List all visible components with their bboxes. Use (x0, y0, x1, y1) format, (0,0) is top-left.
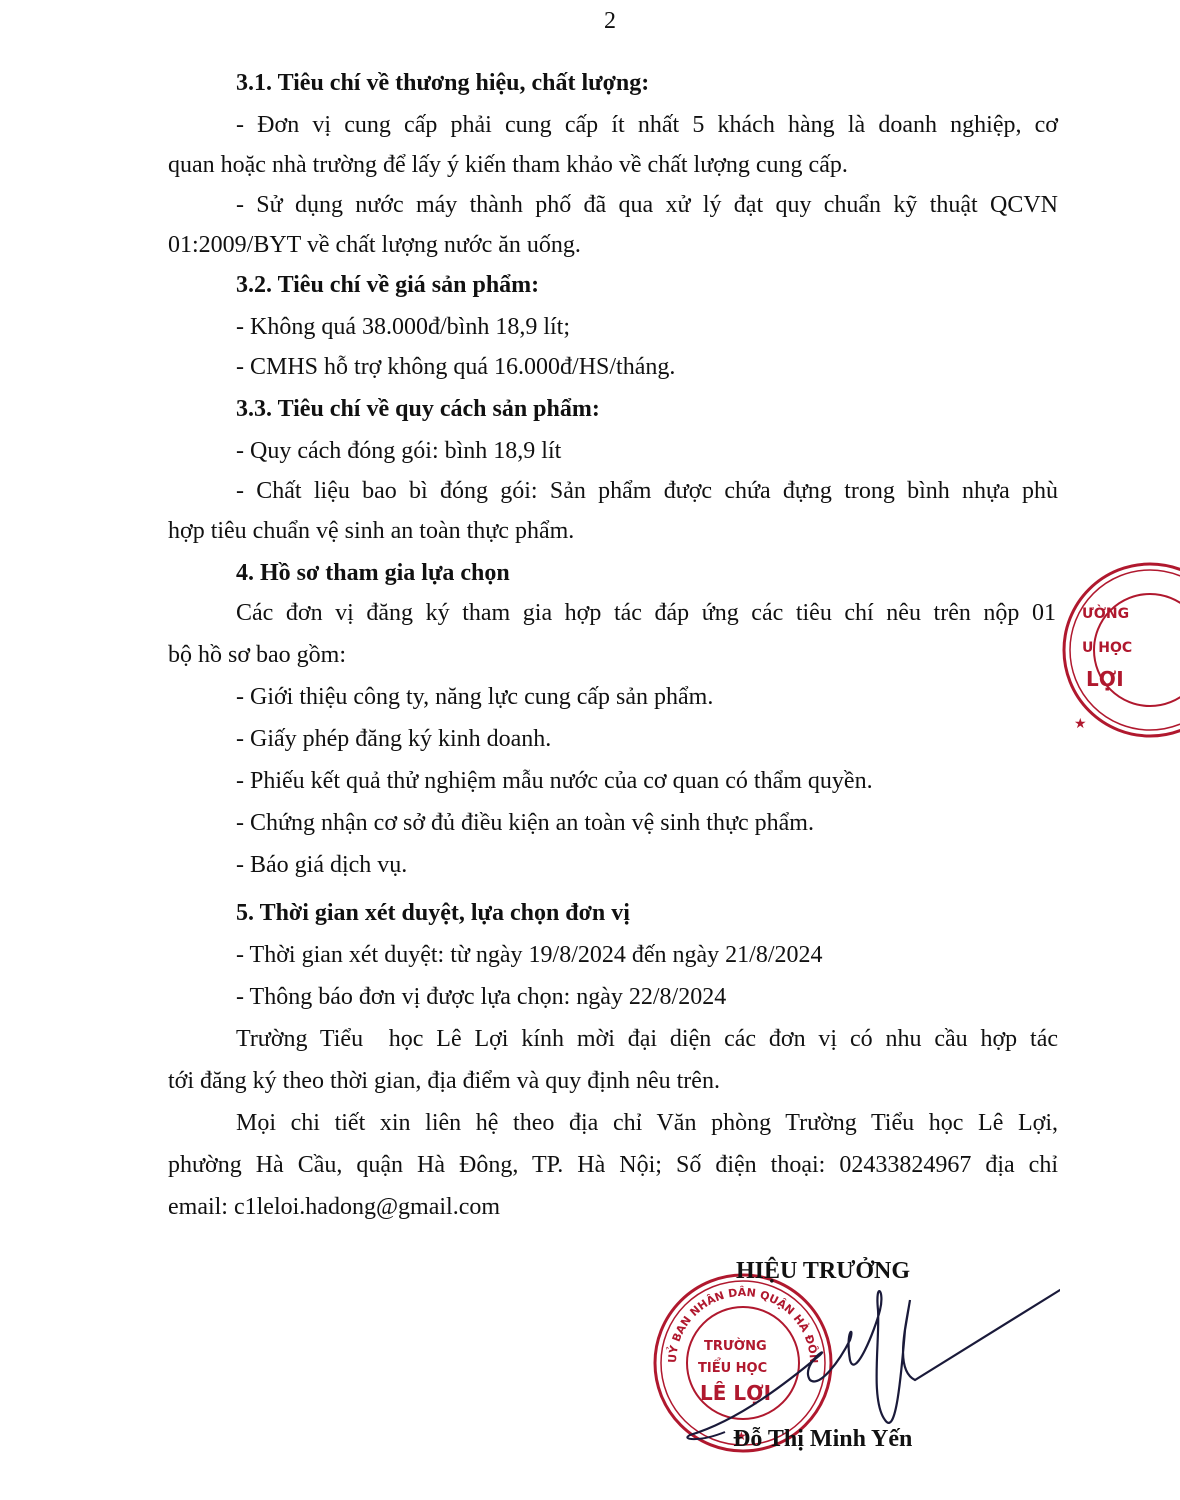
svg-text:ƯỜNG: ƯỜNG (1082, 604, 1129, 622)
paragraph: - Đơn vị cung cấp phải cung cấp ít nhất … (236, 110, 1058, 140)
paragraph: Trường Tiểu học Lê Lợi kính mời đại diện… (236, 1024, 1058, 1054)
paragraph: Các đơn vị đăng ký tham gia hợp tác đáp … (236, 598, 1056, 628)
list-item: - Giới thiệu công ty, năng lực cung cấp … (236, 682, 713, 712)
paragraph: quan hoặc nhà trường để lấy ý kiến tham … (168, 150, 848, 180)
list-item: - Thông báo đơn vị được lựa chọn: ngày 2… (236, 982, 726, 1012)
paragraph: tới đăng ký theo thời gian, địa điểm và … (168, 1066, 720, 1096)
section-5-heading: 5. Thời gian xét duyệt, lựa chọn đơn vị (236, 898, 630, 928)
email-link[interactable]: email: c1leloi.hadong@gmail.com (168, 1192, 500, 1222)
list-item: - Phiếu kết quả thử nghiệm mẫu nước của … (236, 766, 873, 796)
list-item: - Chất liệu bao bì đóng gói: Sản phẩm đư… (236, 476, 1058, 506)
list-item: - CMHS hỗ trợ không quá 16.000đ/HS/tháng… (236, 352, 675, 382)
list-item: - Thời gian xét duyệt: từ ngày 19/8/2024… (236, 940, 823, 970)
svg-text:U HỌC: U HỌC (1082, 640, 1132, 656)
paragraph: 01:2009/BYT về chất lượng nước ăn uống. (168, 230, 581, 260)
section-4-heading: 4. Hồ sơ tham gia lựa chọn (236, 558, 510, 588)
list-item: - Chứng nhận cơ sở đủ điều kiện an toàn … (236, 808, 814, 838)
paragraph: Mọi chi tiết xin liên hệ theo địa chỉ Vă… (236, 1108, 1058, 1138)
svg-text:★: ★ (1074, 716, 1087, 732)
section-3-2-heading: 3.2. Tiêu chí về giá sản phẩm: (236, 270, 539, 300)
seal-stamp-partial: ƯỜNG U HỌC LỢI ★ (1060, 560, 1180, 740)
list-item: - Không quá 38.000đ/bình 18,9 lít; (236, 312, 570, 342)
signer-name: Đỗ Thị Minh Yến (733, 1426, 912, 1453)
page-number: 2 (0, 8, 1180, 35)
list-item: - Quy cách đóng gói: bình 18,9 lít (236, 436, 561, 466)
list-item: - Giấy phép đăng ký kinh doanh. (236, 724, 551, 754)
paragraph: bộ hồ sơ bao gồm: (168, 640, 346, 670)
section-3-3-heading: 3.3. Tiêu chí về quy cách sản phẩm: (236, 394, 600, 424)
paragraph: phường Hà Cầu, quận Hà Đông, TP. Hà Nội;… (168, 1150, 1058, 1180)
svg-text:LỢI: LỢI (1086, 667, 1124, 691)
paragraph: - Sử dụng nước máy thành phố đã qua xử l… (236, 190, 1058, 220)
list-item: hợp tiêu chuẩn vệ sinh an toàn thực phẩm… (168, 516, 574, 546)
handwritten-signature (680, 1270, 1060, 1450)
list-item: - Báo giá dịch vụ. (236, 850, 407, 880)
section-3-1-heading: 3.1. Tiêu chí về thương hiệu, chất lượng… (236, 68, 649, 98)
